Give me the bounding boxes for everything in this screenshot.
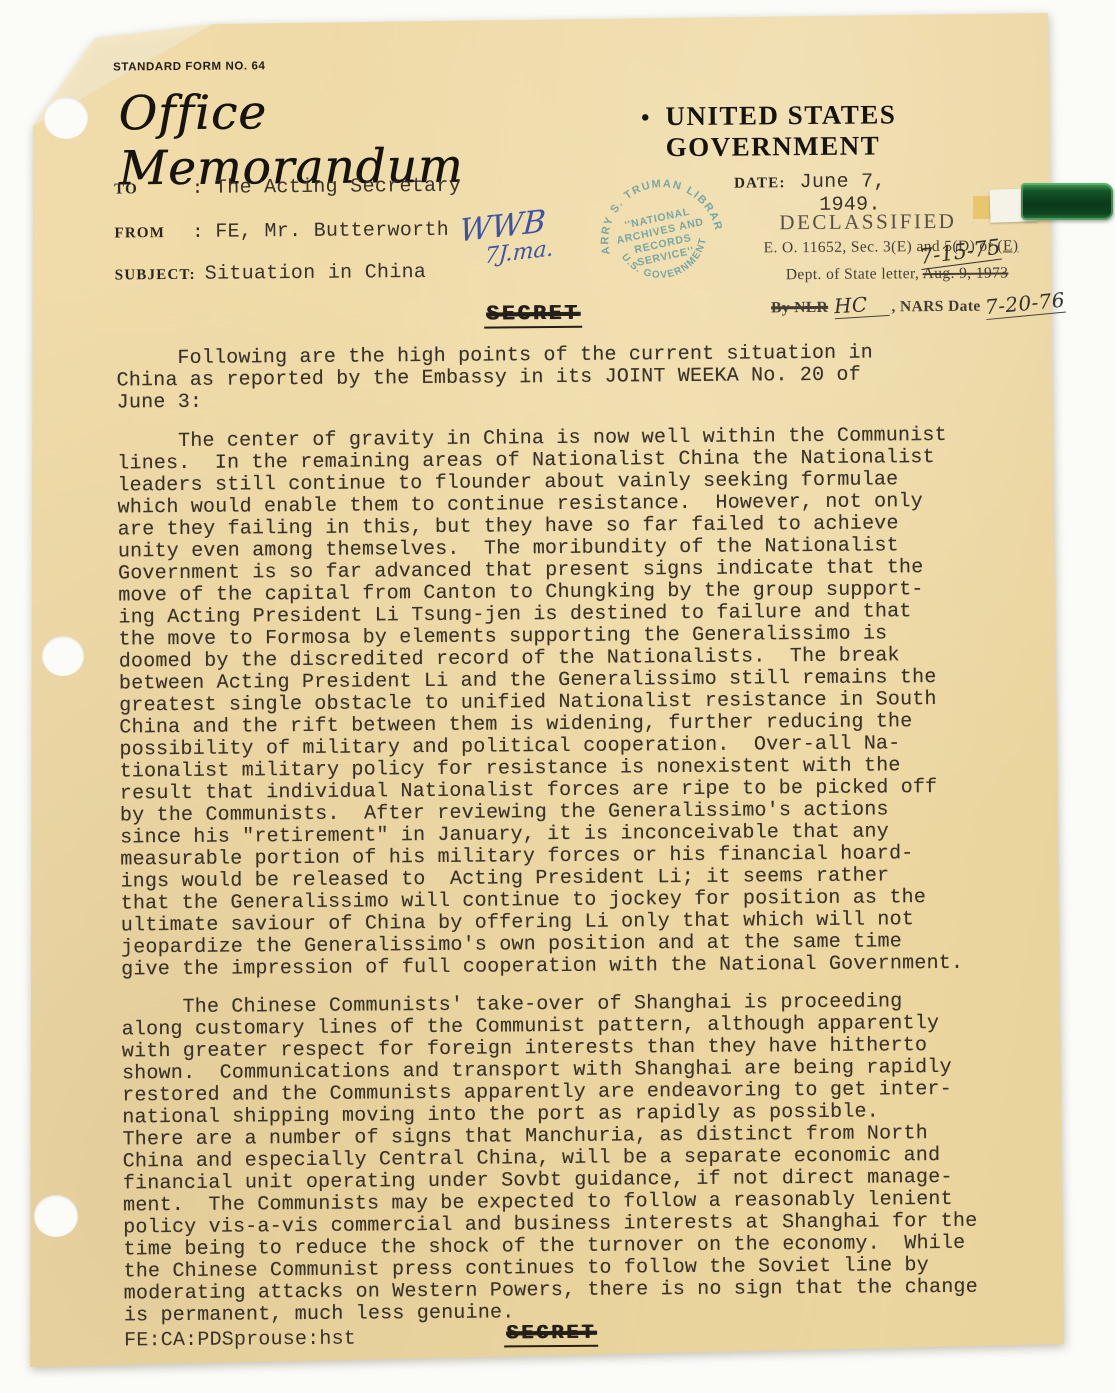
subject-value: Situation in China [205, 261, 427, 286]
nars-date-label: , NARS Date [891, 298, 980, 316]
classification-top: SECRET [484, 303, 582, 329]
masthead-bullet: • [641, 104, 650, 132]
to-colon: : [192, 177, 203, 198]
date-label: DATE: [734, 175, 786, 192]
memo-content: STANDARD FORM NO. 64 Office Memorandum •… [0, 0, 1115, 1393]
classification-bottom: SECRET [504, 1322, 598, 1348]
to-label: TO [114, 181, 192, 199]
from-row: FROM:FE, Mr. Butterworth [114, 219, 449, 245]
clip-green-body [1021, 183, 1113, 220]
green-paper-clip [965, 181, 1115, 227]
to-row: TO:The Acting Secretary [114, 175, 461, 201]
date-row: DATE:June 7, [734, 170, 886, 194]
handwritten-reviewer-initials: HC [834, 291, 890, 319]
declassified-dept-line: Dept. of State letter, Aug. 9, 1973 [786, 264, 1009, 284]
dept-letter-text: Dept. of State letter, [786, 265, 923, 283]
struck-by: By NLR [771, 299, 828, 316]
drafter-reference: FE:CA:PDSprouse:hst [124, 1328, 356, 1353]
date-value-line1: June 7, [800, 170, 886, 194]
truman-library-stamp: HARRY S. TRUMAN LIBRARY U.S. GOVERNMENT … [595, 171, 728, 304]
subject-row: SUBJECT:Situation in China [115, 261, 427, 286]
declassified-stamp-title: DECLASSIFIED [779, 209, 956, 235]
form-number: STANDARD FORM NO. 64 [113, 60, 265, 73]
from-label: FROM [114, 225, 192, 243]
paragraph-1: Following are the high points of the cur… [116, 343, 873, 415]
government-label: UNITED STATES GOVERNMENT [665, 98, 1112, 164]
subject-label: SUBJECT: [115, 267, 205, 285]
declassified-by-line: By NLR HC, NARS Date 7-20-76 [771, 291, 1065, 318]
to-value: The Acting Secretary [215, 175, 461, 200]
paragraph-3: The Chinese Communists' take-over of Sha… [121, 991, 978, 1328]
scanned-memo-page: STANDARD FORM NO. 64 Office Memorandum •… [0, 0, 1115, 1393]
paragraph-2: The center of gravity in China is now we… [117, 425, 963, 982]
from-value: FE, Mr. Butterworth [215, 219, 449, 244]
from-colon: : [192, 221, 203, 242]
handwritten-nars-date: 7-20-76 [984, 288, 1066, 320]
